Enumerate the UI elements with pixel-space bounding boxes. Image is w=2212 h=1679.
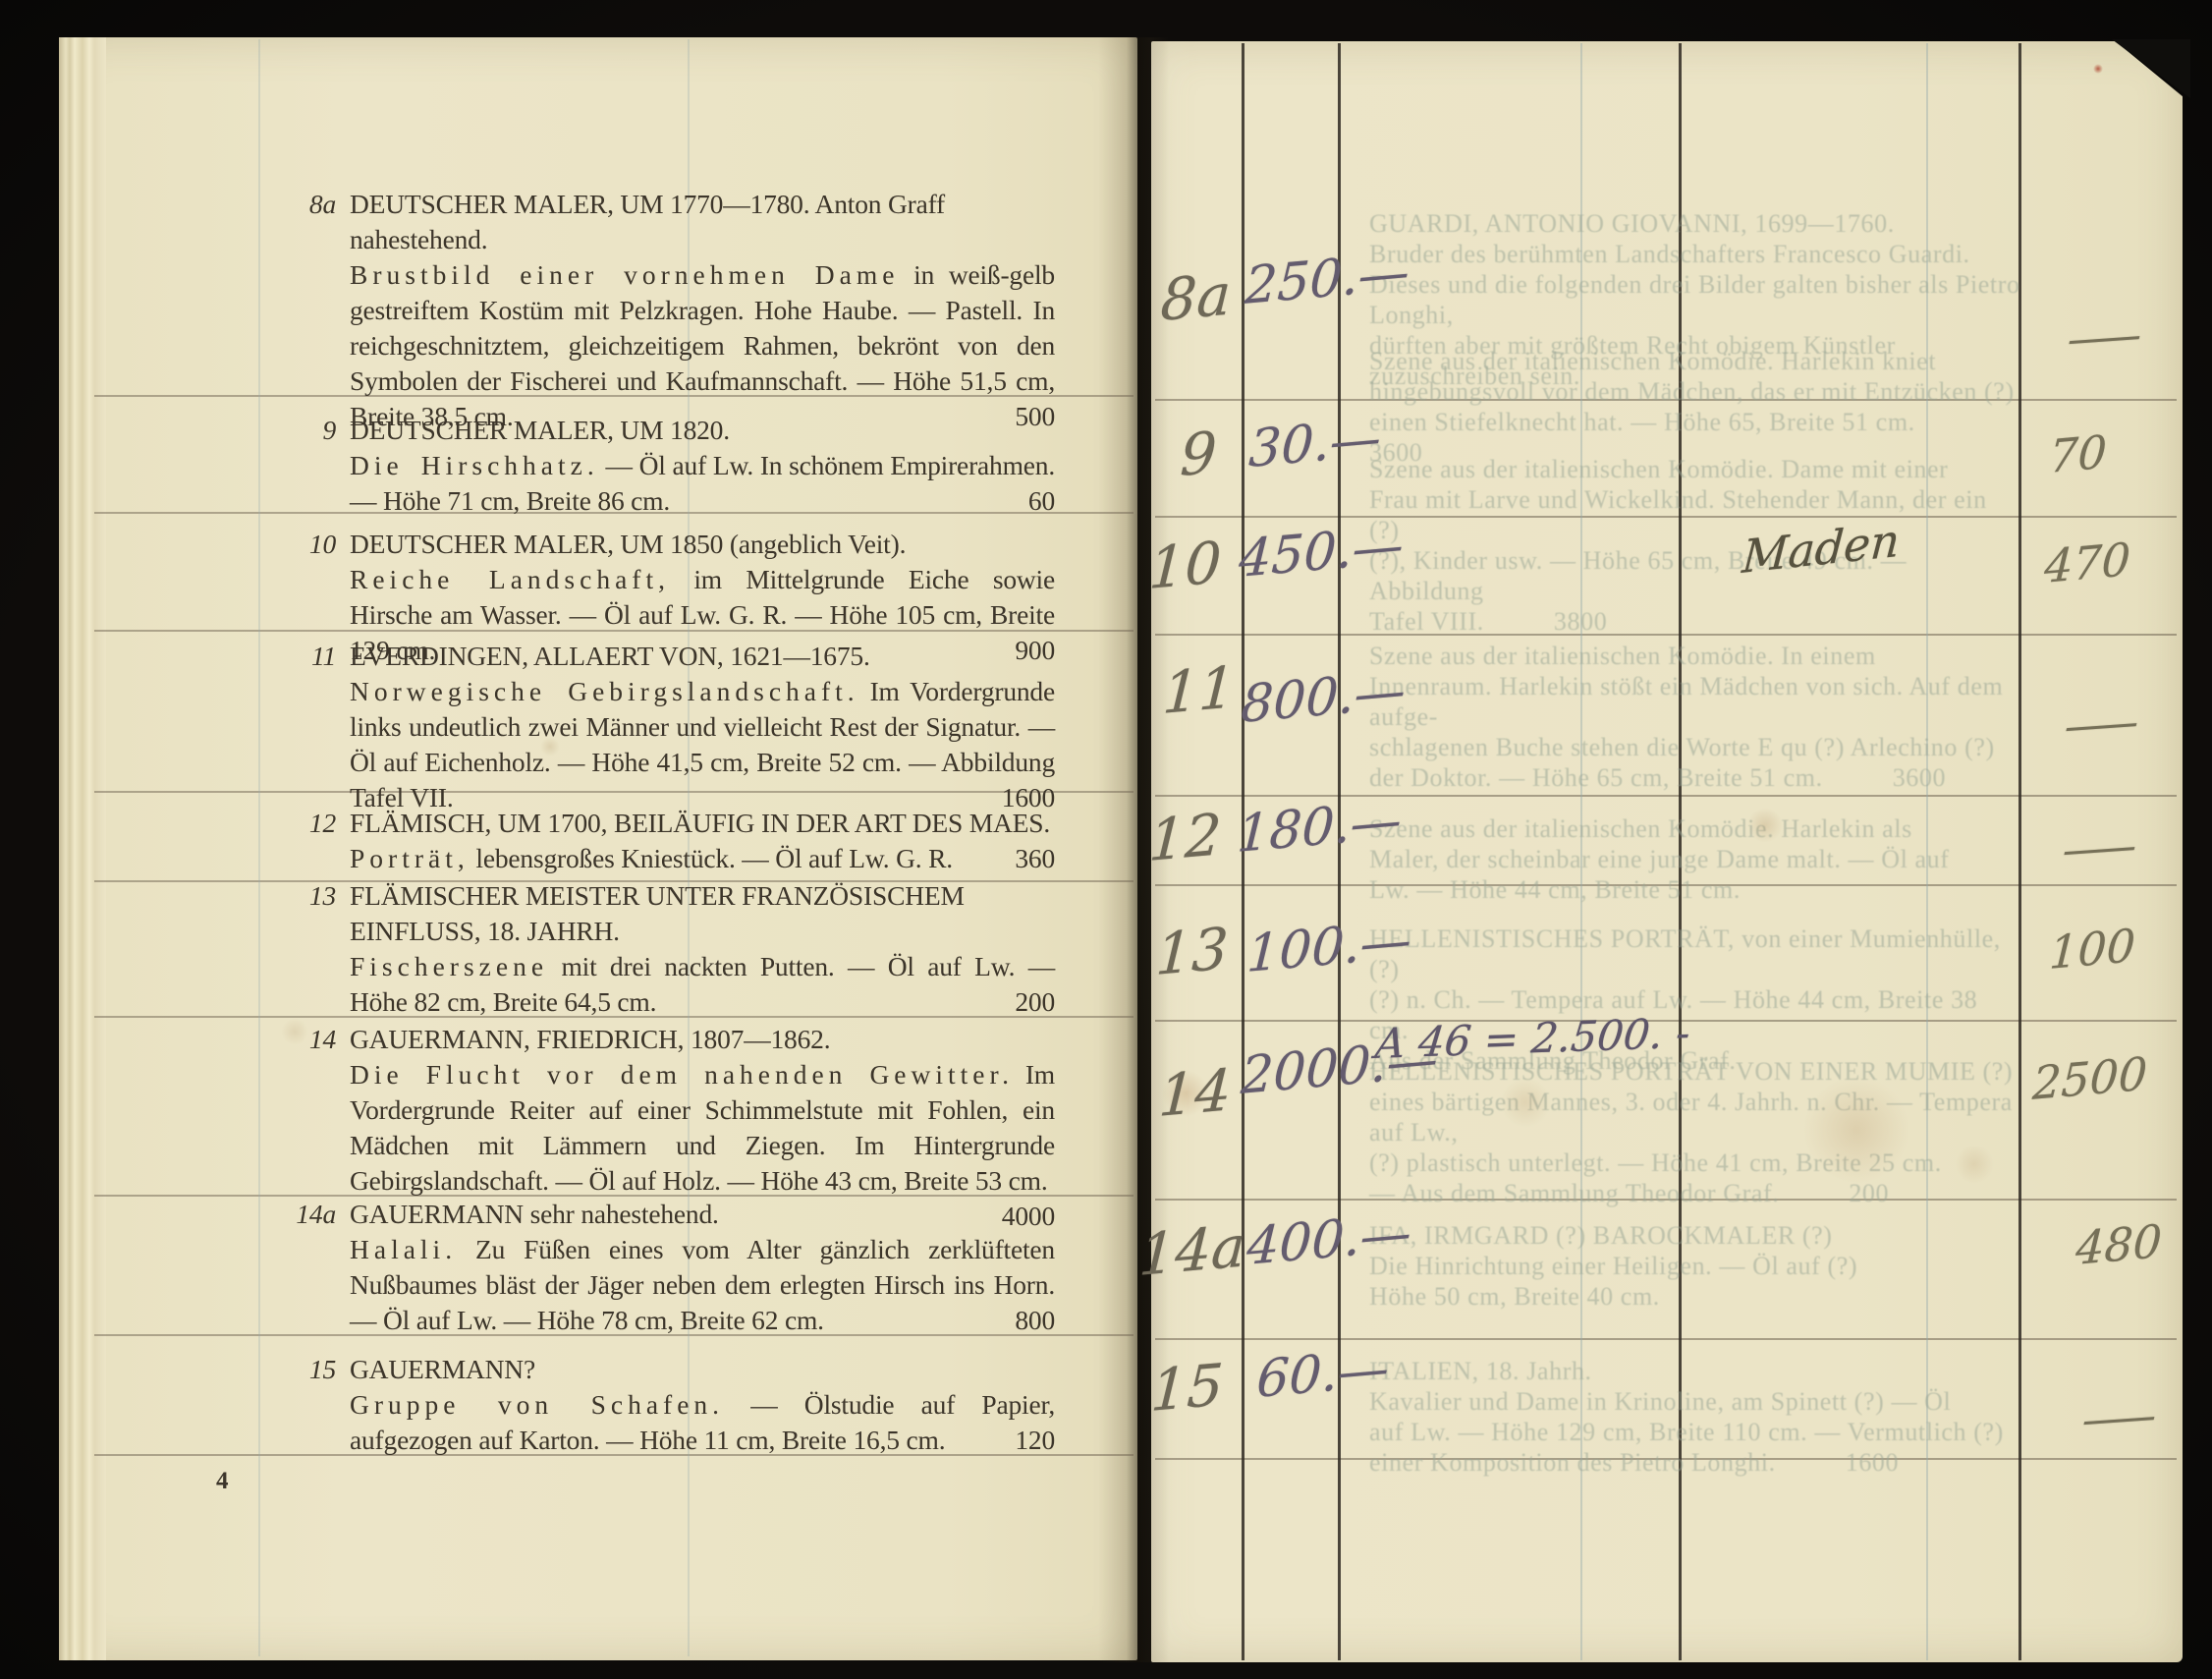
entry-title: Fischerszene bbox=[350, 951, 548, 981]
lot-number: 12 bbox=[257, 806, 350, 876]
entry-text: FLÄMISCHER MEISTER UNTER FRANZÖSISCHEM E… bbox=[350, 878, 1055, 1020]
handwritten-result: — bbox=[2059, 818, 2139, 876]
foxing-stain bbox=[1747, 808, 1783, 843]
estimate-price: 120 bbox=[1001, 1423, 1055, 1458]
handwritten-lot-number: 8a bbox=[1159, 260, 1233, 334]
entry-text: GAUERMANN sehr nahestehend. Halali. Zu F… bbox=[350, 1197, 1055, 1338]
faint-entry: ITALIEN, 18. Jahrh.Kavalier und Dame in … bbox=[1369, 1356, 2021, 1478]
foxing-stain bbox=[281, 1018, 308, 1045]
entry-heading: FLÄMISCH, UM 1700, BEILÄUFIG IN DER ART … bbox=[350, 806, 1055, 841]
book-scan: 8a DEUTSCHER MALER, UM 1770—1780. Anton … bbox=[0, 0, 2212, 1679]
handwritten-result: — bbox=[2061, 695, 2141, 753]
catalog-entry: 14a GAUERMANN sehr nahestehend. Halali. … bbox=[257, 1197, 1055, 1338]
page-number: 4 bbox=[216, 1468, 229, 1495]
lot-number: 8a bbox=[257, 187, 350, 434]
entry-description: Porträt, lebensgroßes Kniestück. — Öl au… bbox=[350, 841, 1055, 876]
handwritten-result: 2500 bbox=[2031, 1046, 2148, 1110]
entry-heading: GAUERMANN? bbox=[350, 1352, 1055, 1387]
handwritten-lot-number: 9 bbox=[1179, 419, 1218, 489]
faint-entry: Szene aus der italienischen Komödie. Dam… bbox=[1369, 454, 2021, 637]
handwritten-result: 470 bbox=[2043, 532, 2131, 593]
entry-description: Die Flucht vor dem nahenden Gewitter. Im… bbox=[350, 1057, 1055, 1199]
entry-title: Brustbild einer vornehmen Dame bbox=[350, 259, 899, 290]
faint-entry: Szene aus der italienischen Komödie. Har… bbox=[1369, 813, 2021, 905]
handwritten-price: 60.— bbox=[1255, 1339, 1390, 1410]
handwritten-lot-number: 12 bbox=[1147, 801, 1223, 874]
catalog-entry: 9 DEUTSCHER MALER, UM 1820. Die Hirschha… bbox=[257, 413, 1055, 519]
foxing-stain bbox=[1500, 1077, 1551, 1128]
entry-title: Halali. bbox=[350, 1234, 457, 1264]
handwritten-lot-number: 10 bbox=[1147, 529, 1223, 602]
faint-entry: HELLENISTISCHES PORTRÄT VON EINER MUMIE … bbox=[1369, 1056, 2021, 1208]
catalog-entry: 15 GAUERMANN? Gruppe von Schafen. — Ölst… bbox=[257, 1352, 1055, 1458]
catalog-entry: 12 FLÄMISCH, UM 1700, BEILÄUFIG IN DER A… bbox=[257, 806, 1055, 876]
entry-title: Norwegische Gebirgslandschaft. bbox=[350, 676, 859, 706]
entry-description: Brustbild einer vornehmen Dame in weiß-g… bbox=[350, 257, 1055, 434]
faint-entry: Szene aus der italienischen Komödie. In … bbox=[1369, 641, 2021, 793]
entry-description: Die Hirschhatz. — Öl auf Lw. In schönem … bbox=[350, 448, 1055, 519]
handwritten-result: 100 bbox=[2048, 919, 2136, 979]
lot-number: 14a bbox=[257, 1197, 350, 1338]
row-rule-right bbox=[1155, 1338, 2177, 1340]
lot-number: 15 bbox=[257, 1352, 350, 1458]
handwritten-result: — bbox=[2064, 308, 2144, 365]
handwritten-lot-number: 14a bbox=[1137, 1212, 1247, 1289]
entry-description: Fischerszene mit drei nackten Putten. — … bbox=[350, 949, 1055, 1020]
entry-heading: DEUTSCHER MALER, UM 1850 (angeblich Veit… bbox=[350, 527, 1055, 562]
entry-heading: FLÄMISCHER MEISTER UNTER FRANZÖSISCHEM E… bbox=[350, 878, 1055, 949]
entry-title: Porträt, bbox=[350, 843, 470, 873]
catalog-entry: 13 FLÄMISCHER MEISTER UNTER FRANZÖSISCHE… bbox=[257, 878, 1055, 1020]
estimate-price: 360 bbox=[1001, 841, 1055, 876]
estimate-price: 800 bbox=[1001, 1303, 1055, 1338]
entry-text: EVERDINGEN, ALLAERT VON, 1621—1675. Norw… bbox=[350, 639, 1055, 815]
entry-description: Gruppe von Schafen. — Ölstudie auf Papie… bbox=[350, 1387, 1055, 1458]
faint-entry: Szene aus der italienischen Komödie. Har… bbox=[1369, 346, 2021, 468]
entry-description: Halali. Zu Füßen eines vom Alter gänzlic… bbox=[350, 1232, 1055, 1338]
estimate-price: 200 bbox=[1001, 984, 1055, 1020]
handwritten-lot-number: 15 bbox=[1149, 1351, 1225, 1425]
entry-heading: GAUERMANN sehr nahestehend. bbox=[350, 1197, 1055, 1232]
handwritten-lot-number: 14 bbox=[1157, 1056, 1233, 1130]
entry-text: FLÄMISCH, UM 1700, BEILÄUFIG IN DER ART … bbox=[350, 806, 1055, 876]
foxing-stain bbox=[1802, 1076, 1910, 1184]
entry-description: Norwegische Gebirgslandschaft. Im Vorder… bbox=[350, 674, 1055, 815]
entry-heading: GAUERMANN, FRIEDRICH, 1807—1862. bbox=[350, 1022, 1055, 1057]
handwritten-result: 480 bbox=[2074, 1214, 2163, 1275]
entry-heading: DEUTSCHER MALER, UM 1770—1780. Anton Gra… bbox=[350, 187, 1055, 257]
lot-number: 11 bbox=[257, 639, 350, 815]
entry-title: Reiche Landschaft, bbox=[350, 564, 670, 594]
row-rule-right bbox=[1155, 795, 2177, 797]
entry-title: Die Flucht vor dem nahenden Gewitter. bbox=[350, 1059, 1014, 1090]
entry-heading: DEUTSCHER MALER, UM 1820. bbox=[350, 413, 1055, 448]
entry-title: Die Hirschhatz. bbox=[350, 450, 599, 480]
foxing-stain bbox=[2093, 64, 2103, 74]
entry-text: DEUTSCHER MALER, UM 1770—1780. Anton Gra… bbox=[350, 187, 1055, 434]
entry-text: GAUERMANN? Gruppe von Schafen. — Ölstudi… bbox=[350, 1352, 1055, 1458]
handwritten-lot-number: 13 bbox=[1154, 915, 1230, 988]
handwritten-result: 70 bbox=[2048, 424, 2108, 483]
faint-entry: IFA, IRMGARD (?) BAROCKMALER (?)Die Hinr… bbox=[1369, 1220, 2021, 1312]
catalog-entry: 11 EVERDINGEN, ALLAERT VON, 1621—1675. N… bbox=[257, 639, 1055, 815]
handwritten-price: 30.— bbox=[1247, 409, 1382, 479]
entry-heading: EVERDINGEN, ALLAERT VON, 1621—1675. bbox=[350, 639, 1055, 674]
foxing-stain bbox=[540, 737, 560, 756]
handwritten-lot-number: 11 bbox=[1161, 653, 1237, 727]
entry-text: DEUTSCHER MALER, UM 1820. Die Hirschhatz… bbox=[350, 413, 1055, 519]
lot-number: 9 bbox=[257, 413, 350, 519]
estimate-price: 60 bbox=[1015, 483, 1055, 519]
lot-number: 13 bbox=[257, 878, 350, 1020]
entry-title: Gruppe von Schafen. bbox=[350, 1389, 724, 1420]
foxing-stain bbox=[1955, 1145, 1994, 1184]
catalog-entry: 8a DEUTSCHER MALER, UM 1770—1780. Anton … bbox=[257, 187, 1055, 434]
handwritten-result: — bbox=[2078, 1388, 2159, 1446]
